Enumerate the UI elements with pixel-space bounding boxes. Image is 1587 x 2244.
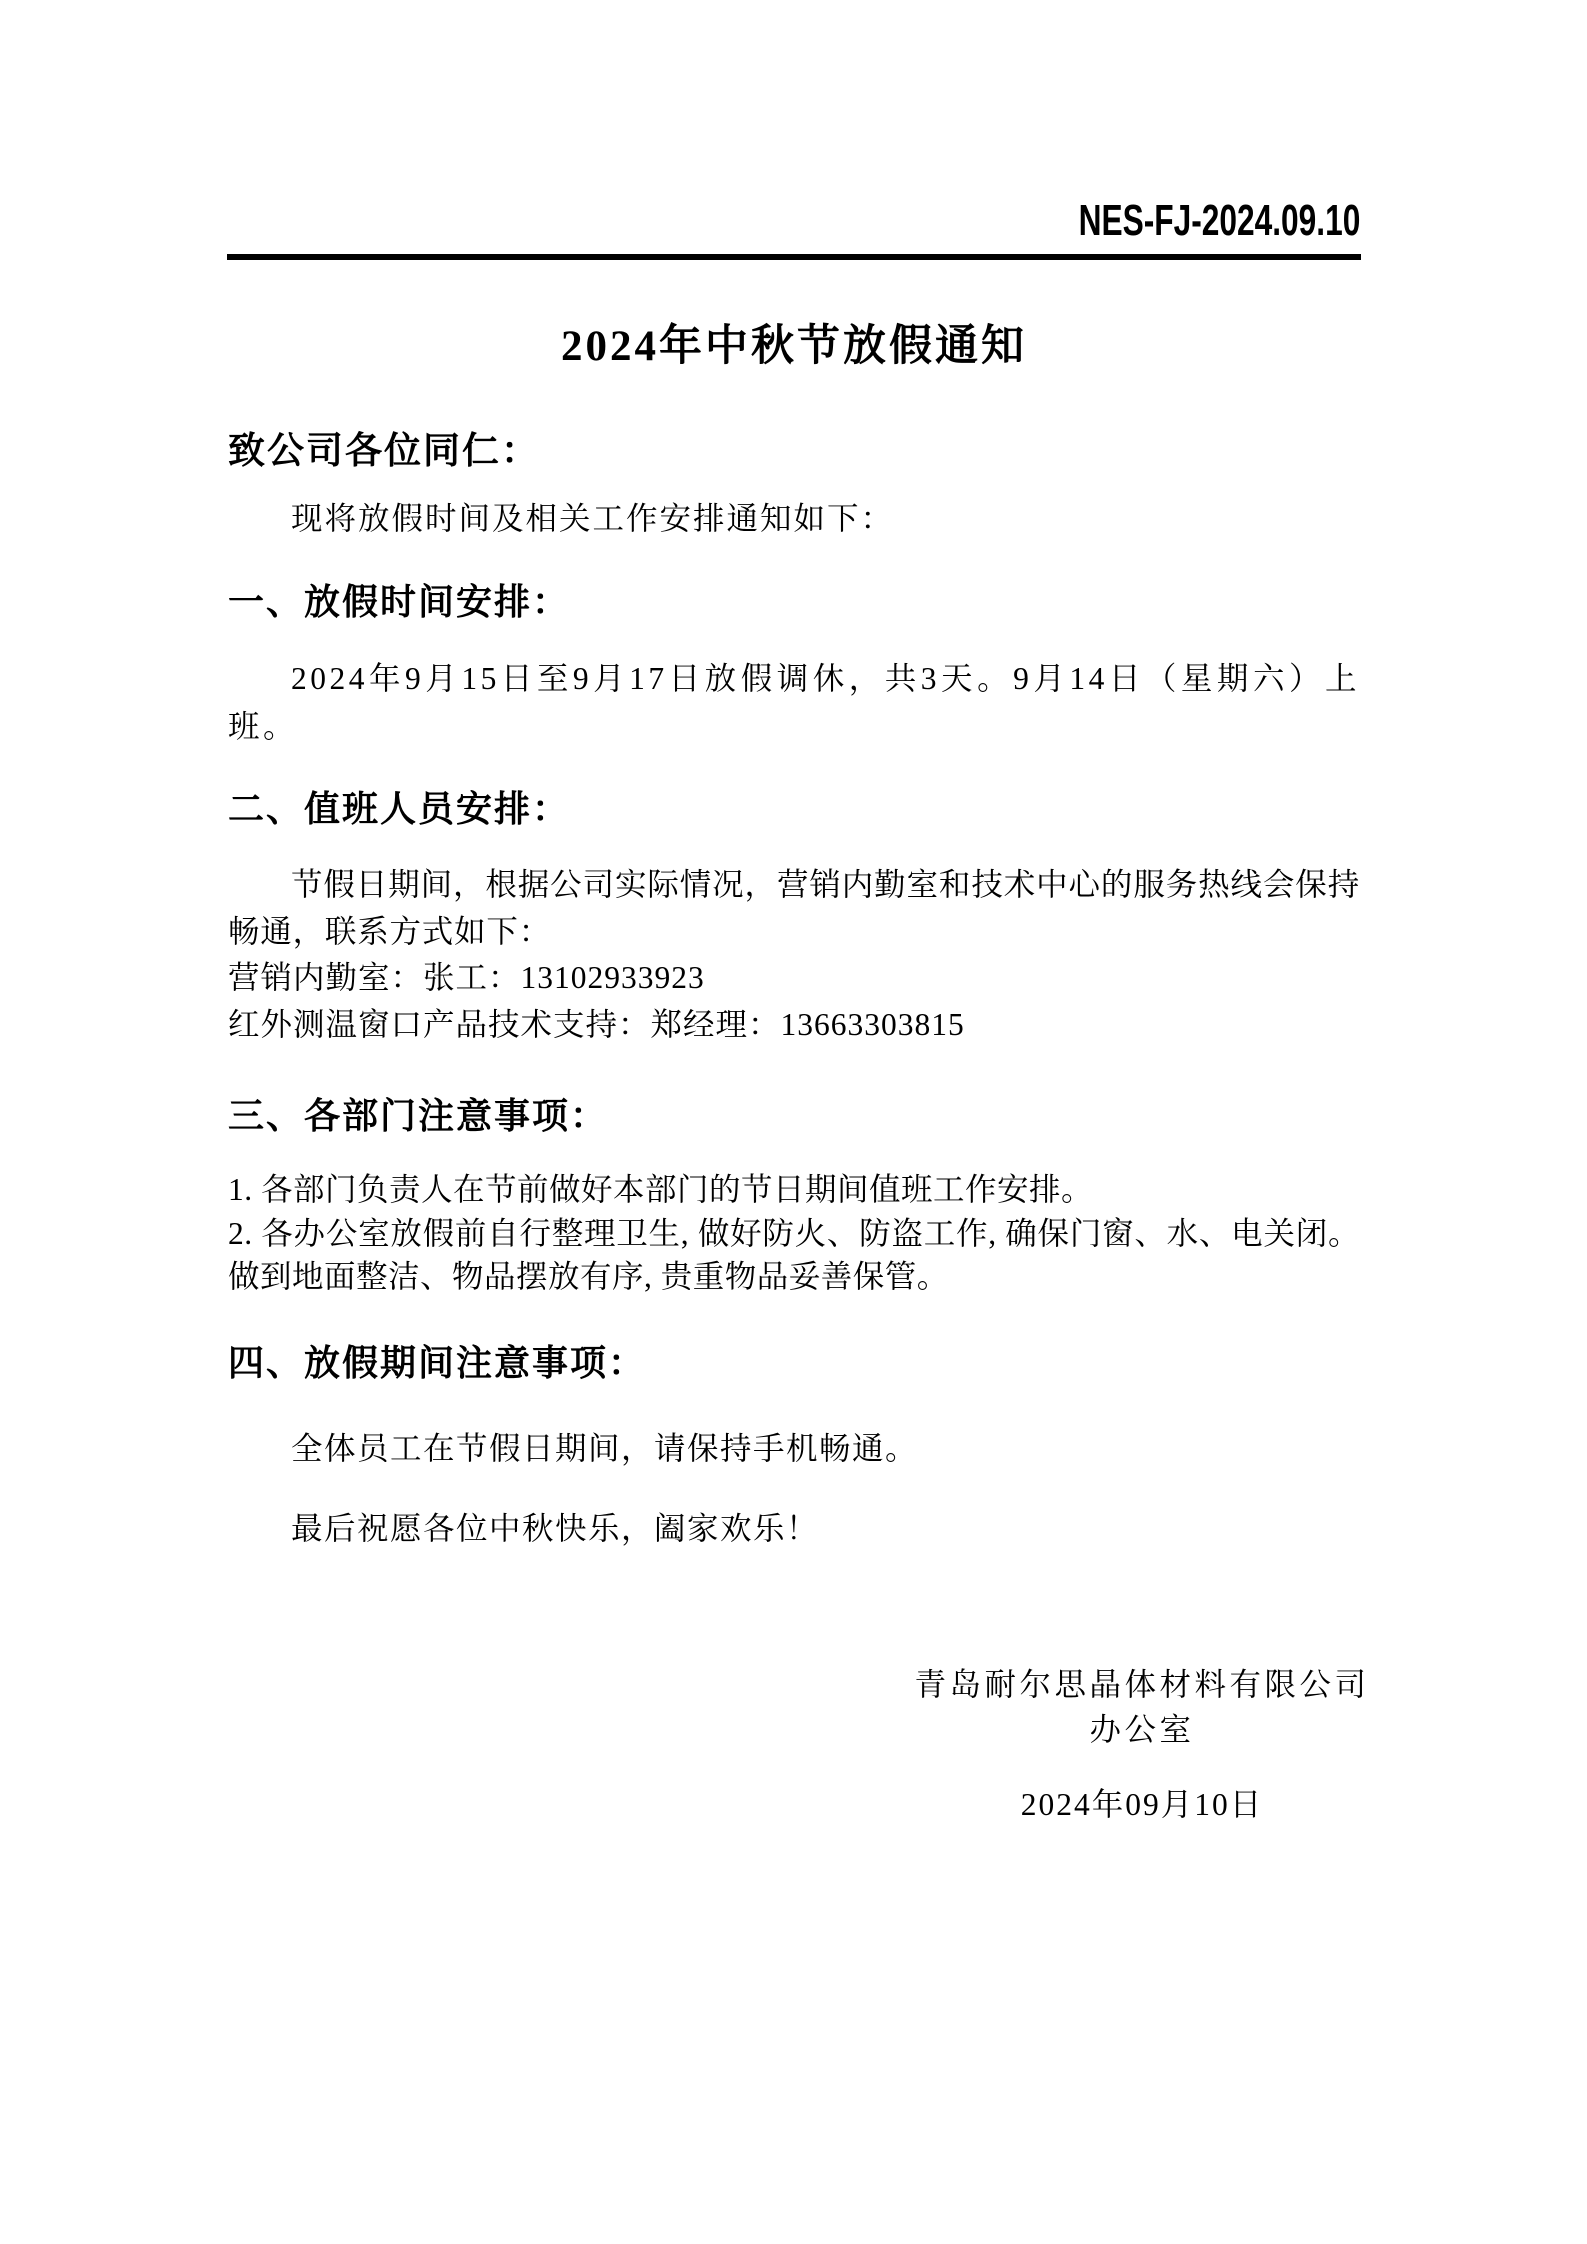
document-code: NES-FJ-2024.09.10 — [1078, 196, 1360, 246]
section-4-heading: 四、放假期间注意事项： — [228, 1335, 1360, 1386]
keep-phone-on-paragraph: 全体员工在节假日期间，请保持手机畅通。 — [228, 1424, 1360, 1469]
document-title: 2024年中秋节放假通知 — [228, 312, 1360, 373]
contact-line-tech-support: 红外测温窗口产品技术支持：郑经理：13663303815 — [228, 1002, 1360, 1049]
holiday-schedule-paragraph: 2024年9月15日至9月17日放假调休，共3天。9月14日（星期六）上班。 — [228, 655, 1360, 750]
section-3-heading: 三、各部门注意事项： — [228, 1088, 1360, 1139]
header-rule — [227, 254, 1361, 260]
section-2-heading: 二、值班人员安排： — [228, 781, 1360, 832]
salutation: 致公司各位同仁： — [228, 420, 1360, 474]
signature-date: 2024年09月10日 — [912, 1782, 1372, 1827]
duty-intro-paragraph: 节假日期间，根据公司实际情况，营销内勤室和技术中心的服务热线会保持畅通，联系方式… — [228, 862, 1360, 955]
signature-department: 办公室 — [912, 1707, 1372, 1752]
closing-wish-paragraph: 最后祝愿各位中秋快乐，阖家欢乐！ — [228, 1504, 1360, 1549]
notice-item-1: 1. 各部门负责人在节前做好本部门的节日期间值班工作安排。 — [228, 1168, 1360, 1212]
intro-paragraph: 现将放假时间及相关工作安排通知如下： — [228, 494, 1360, 539]
notice-item-2: 2. 各办公室放假前自行整理卫生, 做好防火、防盗工作, 确保门窗、水、电关闭。… — [228, 1212, 1360, 1299]
document-page: NES-FJ-2024.09.10 2024年中秋节放假通知 致公司各位同仁： … — [0, 0, 1587, 2244]
duty-section-body: 节假日期间，根据公司实际情况，营销内勤室和技术中心的服务热线会保持畅通，联系方式… — [228, 862, 1360, 1048]
section-1-heading: 一、放假时间安排： — [228, 574, 1360, 625]
signature-block: 青岛耐尔思晶体材料有限公司 办公室 2024年09月10日 — [912, 1662, 1372, 1827]
department-notice-list: 1. 各部门负责人在节前做好本部门的节日期间值班工作安排。 2. 各办公室放假前… — [228, 1168, 1360, 1299]
contact-line-marketing: 营销内勤室：张工：13102933923 — [228, 955, 1360, 1002]
signature-company: 青岛耐尔思晶体材料有限公司 — [912, 1662, 1372, 1707]
